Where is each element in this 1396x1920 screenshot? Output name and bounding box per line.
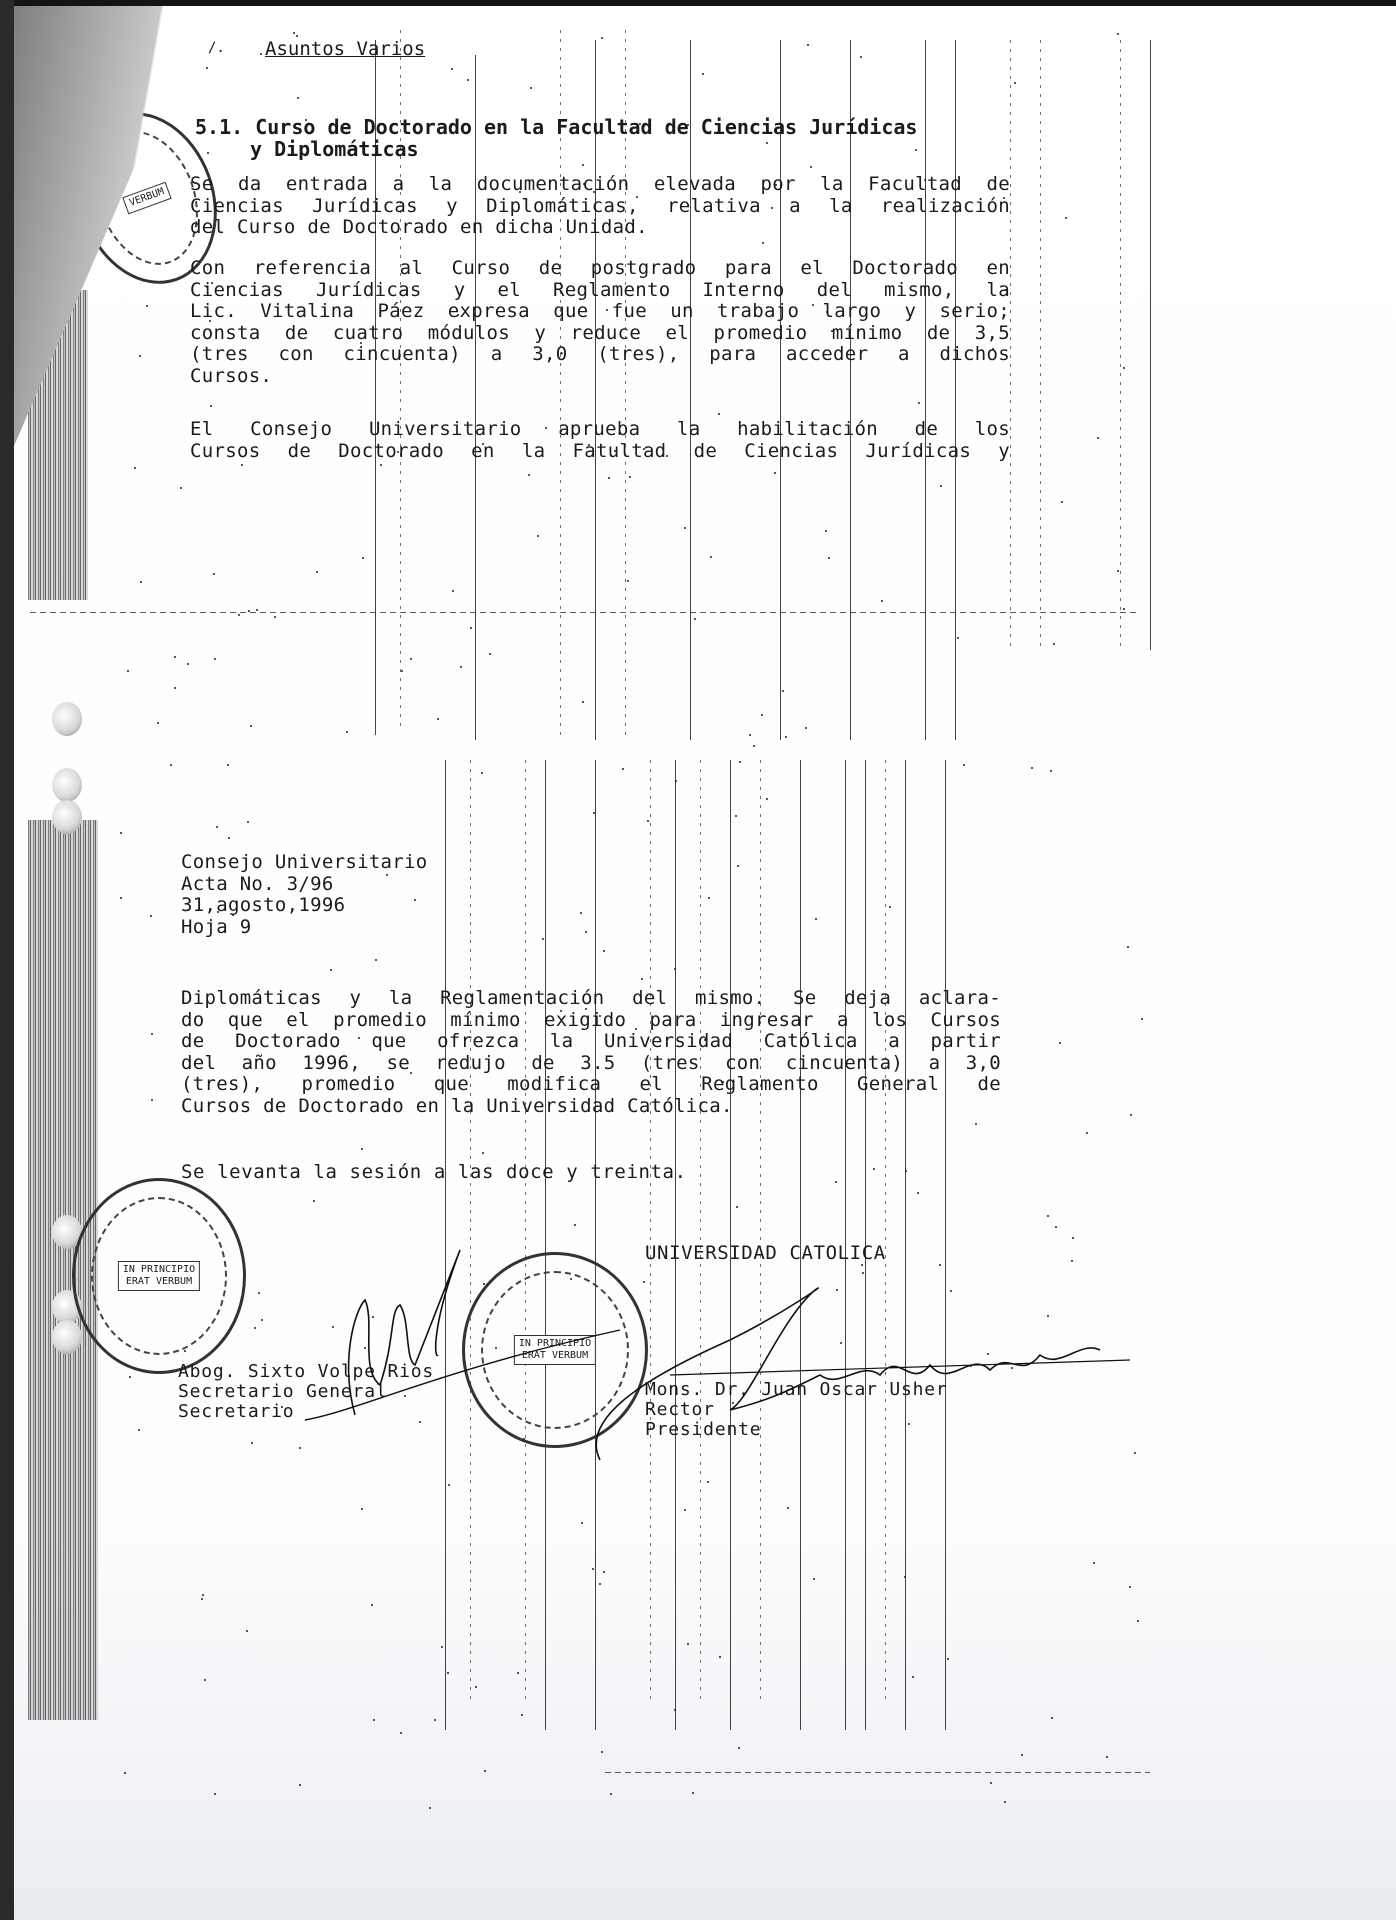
paragraph-3: El Consejo Universitario aprueba la habi…: [190, 419, 1010, 462]
item-number: 5.1.: [195, 115, 243, 139]
text-line: Cursos de Doctorado en la Fatultad de Ci…: [190, 441, 1010, 463]
paragraph-1: Se da entrada a la documentación elevada…: [190, 174, 1010, 239]
paragraph-2: Con referencia al Curso de postgrado par…: [190, 258, 1010, 387]
signatory-left: Abog. Sixto Volpe Rios Secretario Genera…: [178, 1362, 434, 1422]
text-line: do que el promedio mínimo exigido para i…: [181, 1010, 1001, 1032]
secretaria-general-stamp: IN PRINCIPIO ERAT VERBUM: [72, 1178, 246, 1374]
punch-hole-icon: [52, 1320, 82, 1354]
page-header: Consejo Universitario Acta No. 3/96 31,a…: [181, 852, 581, 938]
signatory-left-title: Secretario General: [178, 1381, 387, 1402]
institution-name: UNIVERSIDAD CATOLICA: [645, 1243, 886, 1264]
text-line: (tres con cincuenta) a 3,0 (tres), para …: [190, 344, 1010, 366]
text-line: Ciencias Jurídicas y Diplomáticas, relat…: [190, 196, 1010, 218]
scan-border-top: [0, 0, 1396, 6]
text-line: de Doctorado que ofrezca la Universidad …: [181, 1031, 1001, 1053]
text-line: Cursos de Doctorado en la Universidad Ca…: [181, 1096, 1001, 1118]
text-line: (tres), promedio que modifica el Reglame…: [181, 1074, 1001, 1096]
stamp-motto: IN PRINCIPIO ERAT VERBUM: [118, 1261, 200, 1291]
text-line: Cursos.: [190, 366, 1010, 388]
text-line: Lic. Vitalina Páez expresa que fue un tr…: [190, 301, 1010, 323]
header-act-number: Acta No. 3/96: [181, 874, 581, 896]
text-line: Con referencia al Curso de postgrado par…: [190, 258, 1010, 280]
text-line: Diplomáticas y la Reglamentación del mis…: [181, 988, 1001, 1010]
signatory-left-role: Secretario: [178, 1401, 294, 1422]
text-line: del año 1996, se redujo de 3.5 (tres con…: [181, 1053, 1001, 1075]
text-line: El Consejo Universitario aprueba la habi…: [190, 419, 1010, 441]
punch-hole-icon: [52, 800, 82, 834]
punch-hole-icon: [52, 702, 82, 736]
text-line: consta de cuatro módulos y reduce el pro…: [190, 323, 1010, 345]
text-line: del Curso de Doctorado en dicha Unidad.: [190, 217, 1010, 239]
text-line: Se da entrada a la documentación elevada…: [190, 174, 1010, 196]
signatory-right-role: Presidente: [645, 1419, 761, 1440]
header-body: Consejo Universitario: [181, 852, 581, 874]
closing-statement: Se levanta la sesión a las doce y treint…: [181, 1162, 687, 1183]
header-date: 31,agosto,1996: [181, 895, 581, 917]
signatory-right-name: Mons. Dr. Juan Oscar Usher: [645, 1379, 948, 1400]
bottom-rule: [605, 1772, 1150, 1773]
signature-rector: [580, 1280, 1140, 1470]
item-title-line1: Curso de Doctorado en la Facultad de Cie…: [255, 115, 917, 139]
item-title-line2: y Diplomáticas: [195, 137, 419, 161]
section-title: Asuntos Varios: [265, 38, 425, 60]
scan-border-left: [0, 0, 14, 1920]
section-marker: /.: [208, 40, 225, 56]
item-heading: 5.1. Curso de Doctorado en la Facultad d…: [195, 116, 917, 160]
text-line: Ciencias Jurídicas y el Reglamento Inter…: [190, 280, 1010, 302]
page-fold-rule: [30, 612, 1140, 613]
signatory-left-name: Abog. Sixto Volpe Rios: [178, 1361, 434, 1382]
punch-hole-icon: [52, 768, 82, 802]
paragraph-4: Diplomáticas y la Reglamentación del mis…: [181, 988, 1001, 1117]
header-sheet-number: Hoja 9: [181, 917, 581, 939]
signatory-right-title: Rector: [645, 1399, 715, 1420]
signatory-right: Mons. Dr. Juan Oscar Usher Rector Presid…: [645, 1380, 948, 1440]
